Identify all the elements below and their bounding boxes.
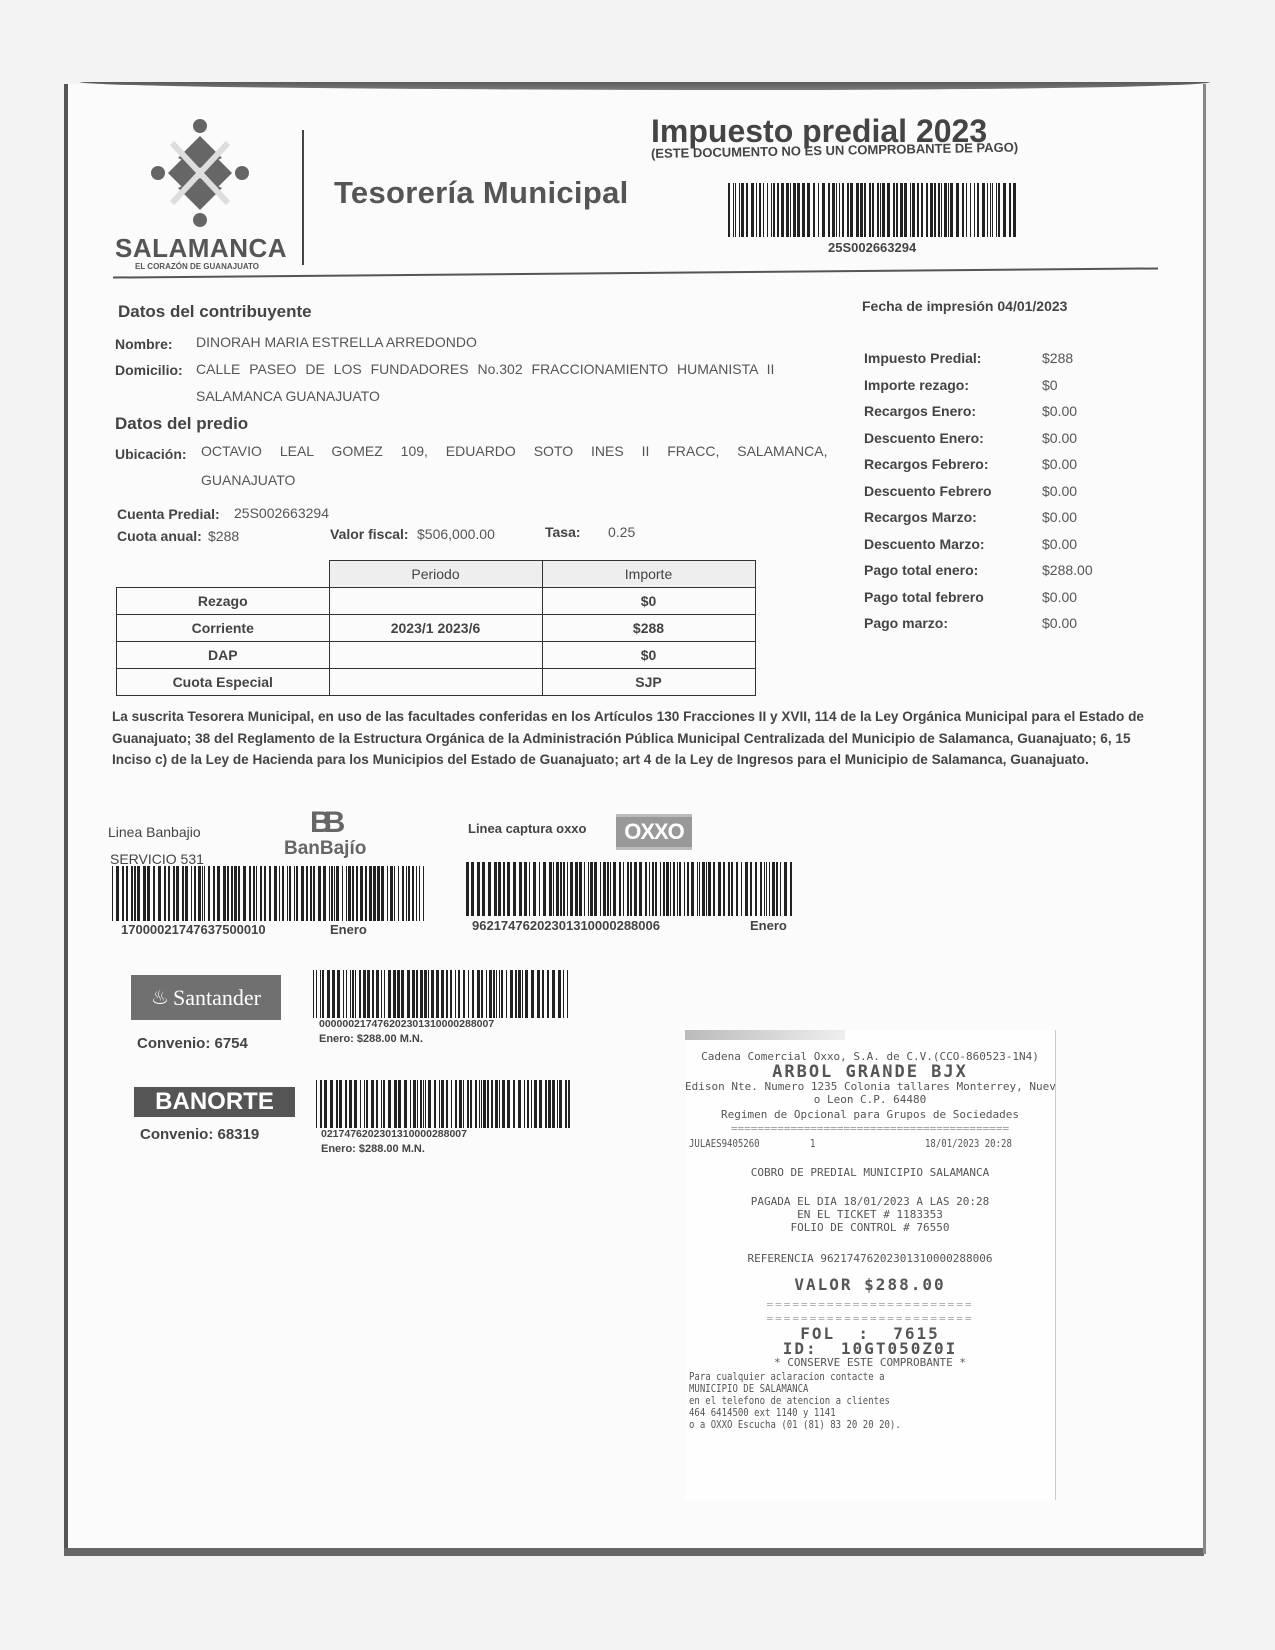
receipt-folio: FOLIO DE CONTROL # 76550 — [685, 1221, 1055, 1234]
ubicacion-line1: OCTAVIO LEAL GOMEZ 109, EDUARDO SOTO INE… — [201, 443, 827, 459]
summary-label: Pago marzo: — [864, 615, 948, 631]
summary-label: Descuento Febrero — [864, 483, 992, 499]
payment-summary: Impuesto Predial:$288Importe rezago:$0Re… — [864, 350, 1104, 640]
table-row: Corriente2023/1 2023/6$288 — [117, 615, 756, 642]
receipt-datetime: 18/01/2023 20:28 — [925, 1137, 1012, 1150]
summary-value: $0.00 — [1042, 483, 1077, 499]
oxxo-logo: OXXO — [616, 814, 692, 850]
account-barcode — [728, 183, 1018, 237]
table-cell-importe: SJP — [542, 669, 755, 696]
table-header-importe: Importe — [542, 561, 755, 588]
santander-amount: Enero: $288.00 M.N. — [319, 1033, 423, 1045]
banbajio-number: 17000021747637500010 — [121, 922, 266, 937]
summary-label: Pago total febrero — [864, 589, 984, 605]
table-header-concepto — [117, 561, 330, 588]
receipt-separator: ========================================… — [685, 1122, 1055, 1135]
logo-name: SALAMANCA — [115, 233, 287, 264]
table-row: DAP$0 — [117, 642, 756, 669]
summary-label: Impuesto Predial: — [864, 350, 981, 366]
cuota-label: Cuota anual: — [117, 528, 202, 544]
legal-text: La suscrita Tesorera Municipal, en uso d… — [112, 706, 1162, 771]
summary-value: $0.00 — [1042, 509, 1077, 525]
santander-number: 000000217476202301310000288007 — [319, 1018, 494, 1030]
table-cell-concepto: Corriente — [117, 615, 330, 642]
banorte-barcode — [316, 1080, 572, 1128]
table-cell-periodo — [329, 588, 542, 615]
scan-shadow-left — [64, 84, 68, 1554]
oxxo-label: Linea captura oxxo — [468, 821, 586, 836]
summary-label: Descuento Enero: — [864, 430, 984, 446]
receipt-store: ARBOL GRANDE BJX — [685, 1062, 1055, 1082]
account-barcode-number: 25S002663294 — [828, 240, 916, 255]
tax-table: Periodo Importe Rezago$0Corriente2023/1 … — [116, 560, 756, 696]
oxxo-number: 96217476202301310000288006 — [472, 918, 660, 933]
table-cell-concepto: DAP — [117, 642, 330, 669]
receipt-address2: o Leon C.P. 64480 — [685, 1093, 1055, 1106]
table-cell-concepto: Rezago — [117, 588, 330, 615]
cuenta-label: Cuenta Predial: — [117, 506, 220, 522]
summary-value: $0.00 — [1042, 430, 1077, 446]
section-predio: Datos del predio — [115, 414, 248, 434]
banbajio-month: Enero — [330, 922, 367, 937]
table-cell-importe: $288 — [542, 615, 755, 642]
salamanca-logo-icon — [150, 118, 250, 228]
oxxo-logo-text: OXXO — [624, 819, 684, 845]
banorte-convenio: Convenio: 68319 — [140, 1126, 259, 1143]
section-contribuyente: Datos del contribuyente — [118, 302, 312, 322]
summary-label: Recargos Febrero: — [864, 456, 988, 472]
oxxo-receipt: Cadena Comercial Oxxo, S.A. de C.V.(CCO-… — [685, 1030, 1056, 1500]
summary-value: $0.00 — [1042, 589, 1077, 605]
banbajio-barcode — [112, 866, 427, 921]
summary-value: $0.00 — [1042, 456, 1077, 472]
summary-value: $0.00 — [1042, 403, 1077, 419]
santander-barcode — [313, 970, 571, 1018]
ubicacion-label: Ubicación: — [115, 446, 187, 462]
scan-shadow-bottom — [64, 1548, 1204, 1556]
summary-label: Recargos Marzo: — [864, 509, 977, 525]
table-cell-importe: $0 — [542, 588, 755, 615]
table-header-periodo: Periodo — [329, 561, 542, 588]
ubicacion-line2: GUANAJUATO — [201, 472, 295, 488]
santander-flame-icon: ♨ — [151, 985, 169, 1010]
summary-value: $0.00 — [1042, 536, 1077, 552]
receipt-separator-2: ======================== — [685, 1298, 1055, 1311]
valor-fiscal-label: Valor fiscal: — [330, 526, 409, 542]
oxxo-barcode — [466, 862, 796, 916]
scan-shadow-right — [1203, 84, 1206, 1554]
summary-value: $288.00 — [1042, 562, 1093, 578]
logo-tagline: EL CORAZÓN DE GUANAJUATO — [135, 262, 259, 271]
cuenta-value: 25S002663294 — [234, 505, 329, 521]
nombre-label: Nombre: — [115, 336, 173, 352]
summary-label: Recargos Enero: — [864, 403, 976, 419]
table-cell-periodo — [329, 642, 542, 669]
print-date-label: Fecha de impresión — [862, 298, 993, 314]
department-name: Tesorería Municipal — [334, 175, 629, 211]
santander-convenio: Convenio: 6754 — [137, 1035, 248, 1052]
table-cell-concepto: Cuota Especial — [117, 669, 330, 696]
banorte-amount: Enero: $288.00 M.N. — [321, 1143, 425, 1155]
summary-label: Pago total enero: — [864, 562, 978, 578]
table-cell-periodo: 2023/1 2023/6 — [329, 615, 542, 642]
print-date: Fecha de impresión 04/01/2023 — [862, 298, 1067, 314]
domicilio-label: Domicilio: — [115, 362, 183, 378]
domicilio-line1: CALLE PASEO DE LOS FUNDADORES No.302 FRA… — [196, 361, 774, 377]
summary-value: $288 — [1042, 350, 1073, 366]
receipt-ticket: EN EL TICKET # 1183353 — [685, 1208, 1055, 1221]
header-divider — [302, 130, 304, 265]
banbajio-logo: BanBajío — [284, 838, 366, 860]
banbajio-logo-icon: BB — [310, 806, 337, 840]
banorte-logo-text: BANORTE — [155, 1088, 274, 1116]
tasa-value: 0.25 — [608, 524, 635, 540]
receipt-paid: PAGADA EL DIA 18/01/2023 A LAS 20:28 — [685, 1195, 1055, 1208]
banbajio-label: Linea Banbajio — [108, 824, 201, 840]
receipt-regime: Regimen de Opcional para Grupos de Socie… — [685, 1108, 1055, 1121]
receipt-edge — [685, 1030, 845, 1040]
summary-value: $0 — [1042, 377, 1058, 393]
domicilio-line2: SALAMANCA GUANAJUATO — [196, 388, 380, 404]
valor-fiscal-value: $506,000.00 — [417, 526, 495, 542]
banorte-logo: BANORTE — [134, 1087, 295, 1117]
oxxo-month: Enero — [750, 918, 787, 933]
receipt-cashier: JULAES9405260 — [689, 1137, 760, 1150]
santander-logo-text: Santander — [173, 985, 261, 1011]
summary-label: Descuento Marzo: — [864, 536, 985, 552]
receipt-reference: REFERENCIA 96217476202301310000288006 — [685, 1252, 1055, 1265]
receipt-valor: VALOR $288.00 — [685, 1275, 1055, 1294]
table-cell-importe: $0 — [542, 642, 755, 669]
nombre-value: DINORAH MARIA ESTRELLA ARREDONDO — [196, 334, 477, 350]
receipt-register: 1 — [810, 1137, 815, 1150]
receipt-contact5: o a OXXO Escucha (01 (81) 83 20 20 20). — [689, 1418, 901, 1431]
summary-label: Importe rezago: — [864, 377, 969, 393]
summary-value: $0.00 — [1042, 615, 1077, 631]
receipt-concept: COBRO DE PREDIAL MUNICIPIO SALAMANCA — [685, 1166, 1055, 1179]
tasa-label: Tasa: — [545, 524, 581, 540]
banbajio-service: SERVICIO 531 — [110, 851, 204, 867]
table-cell-periodo — [329, 669, 542, 696]
receipt-address1: Edison Nte. Numero 1235 Colonia tallares… — [685, 1080, 1055, 1093]
receipt-conserve: * CONSERVE ESTE COMPROBANTE * — [685, 1356, 1055, 1369]
cuota-value: $288 — [208, 528, 239, 544]
print-date-value: 04/01/2023 — [997, 298, 1067, 314]
table-row: Rezago$0 — [117, 588, 756, 615]
santander-logo: ♨ Santander — [131, 975, 281, 1020]
table-row: Cuota EspecialSJP — [117, 669, 756, 696]
banorte-number: 0217476202301310000288007 — [321, 1128, 467, 1140]
